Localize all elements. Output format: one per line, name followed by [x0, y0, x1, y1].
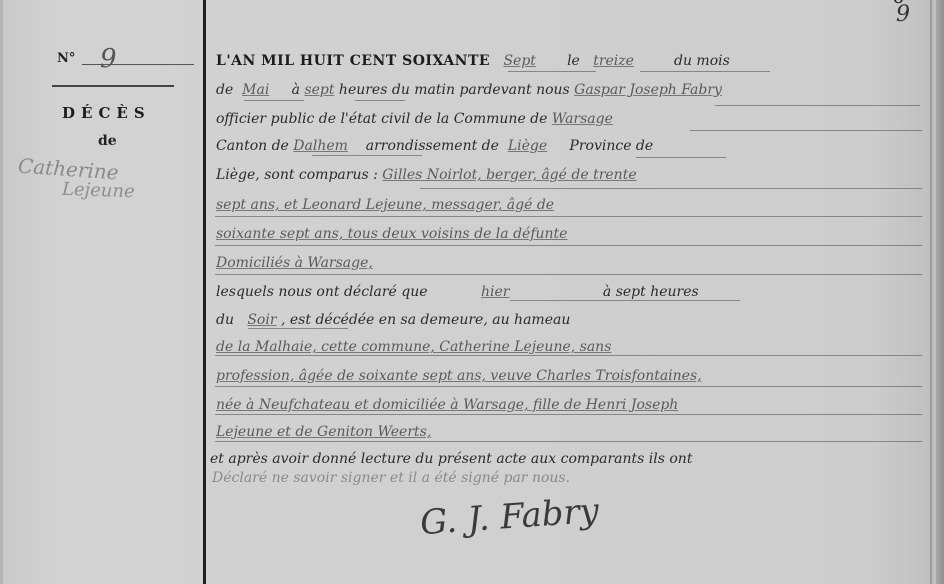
register-page: o 9 N° 9 DÉCÈS de Catherine Lejeune L'AN… [0, 0, 944, 584]
witness-1-fill: Gilles Noirlot, berger, âgé de trente [382, 167, 636, 183]
body-line-13: née à Neufchateau et domiciliée à Warsag… [216, 397, 678, 413]
margin-rule [203, 0, 206, 584]
closing-formula: et après avoir donné lecture du présent … [210, 451, 692, 467]
line-text: à sept heures [603, 284, 699, 300]
line-text: du [216, 312, 234, 328]
ruled-line [215, 274, 922, 275]
line-text: heures du matin pardevant nous [339, 82, 570, 98]
deceased-birthplace-fill: née à Neufchateau et domiciliée à Warsag… [216, 397, 678, 413]
deceased-details-fill: de la Malhaie, cette commune, Catherine … [216, 339, 611, 355]
body-line-1: L'AN MIL HUIT CENT SOIXANTE Sept le trei… [216, 53, 730, 69]
body-line-5: Liège, sont comparus : Gilles Noirlot, b… [216, 167, 637, 183]
body-line-2: de Mai à sept heures du matin pardevant … [216, 82, 722, 98]
death-day-fill: hier [481, 284, 509, 300]
officer-signature: G. J. Fabry [419, 491, 600, 543]
ruled-line [244, 100, 304, 101]
line-text: lesquels nous ont déclaré que [216, 284, 428, 300]
body-line-16: Déclaré ne savoir signer et il a été sig… [212, 470, 570, 486]
record-type-de: de [98, 133, 117, 149]
time-of-day-fill: Soir [247, 312, 276, 328]
entry-number-value: 9 [100, 44, 117, 74]
page-right-edge [936, 0, 944, 584]
ruled-line [510, 300, 740, 301]
body-line-12: profession, âgée de soixante sept ans, v… [216, 368, 702, 384]
printed-year-prefix: L'AN MIL HUIT CENT SOIXANTE [216, 53, 490, 69]
page-left-edge [0, 0, 3, 584]
line-text: Province de [569, 138, 653, 154]
line-text: à [292, 82, 300, 98]
ruled-line [640, 71, 770, 72]
day-fill: treize [593, 53, 634, 69]
ruled-line [312, 155, 422, 156]
month-fill: Mai [242, 82, 269, 98]
year-fill: Sept [503, 53, 535, 69]
ruled-line [715, 105, 920, 106]
line-text: officier public de l'état civil de la Co… [216, 111, 547, 127]
entry-number-underline [82, 64, 194, 65]
body-line-15: et après avoir donné lecture du présent … [210, 451, 692, 467]
ruled-line [215, 216, 922, 217]
entry-number-label: N° [57, 51, 75, 66]
ruled-line [215, 386, 922, 387]
body-line-9: lesquels nous ont déclaré que hier à sep… [216, 284, 699, 300]
witness-domicile-fill: Domiciliés à Warsage, [216, 255, 373, 271]
officer-name-fill: Gaspar Joseph Fabry [574, 82, 722, 98]
ruled-line [355, 100, 405, 101]
margin-separator [52, 85, 174, 87]
ruled-line [248, 328, 348, 329]
record-type-title: DÉCÈS [62, 104, 151, 122]
ruled-line [636, 157, 726, 158]
deceased-profession-fill: profession, âgée de soixante sept ans, v… [216, 368, 702, 384]
body-line-11: de la Malhaie, cette commune, Catherine … [216, 339, 611, 355]
page-binding-line [930, 0, 932, 584]
line-text: Canton de [216, 138, 289, 154]
ruled-line [508, 71, 596, 72]
body-line-10: du Soir , est décédée en sa demeure, au … [216, 312, 570, 328]
ruled-line [215, 355, 922, 356]
ruled-line [690, 130, 922, 131]
commune-fill: Warsage [552, 111, 613, 127]
ruled-line [215, 245, 922, 246]
signature-statement: Déclaré ne savoir signer et il a été sig… [212, 470, 570, 486]
witness-2-fill: sept ans, et Leonard Lejeune, messager, … [216, 197, 554, 213]
line-text: de [216, 82, 233, 98]
ruled-line [215, 441, 922, 442]
ruled-line [420, 188, 922, 189]
arrondissement-fill: Liège [508, 138, 547, 154]
deceased-last-name: Lejeune [62, 179, 135, 203]
page-number: 9 [896, 2, 910, 27]
body-line-3: officier public de l'état civil de la Co… [216, 111, 613, 127]
body-line-14: Lejeune et de Geniton Weerts, [216, 424, 431, 440]
witness-2-age-fill: soixante sept ans, tous deux voisins de … [216, 226, 567, 242]
ruled-line [215, 414, 922, 415]
day-prefix: le [567, 53, 580, 69]
line-text: Liège, sont comparus : [216, 167, 378, 183]
body-line-8: Domiciliés à Warsage, [216, 255, 373, 271]
body-line-4: Canton de Dalhem arrondissement de Liège… [216, 138, 653, 154]
line-text: , est décédée en sa demeure, au hameau [281, 312, 570, 328]
hour-fill: sept [304, 82, 334, 98]
canton-fill: Dalhem [293, 138, 348, 154]
body-line-6: sept ans, et Leonard Lejeune, messager, … [216, 197, 554, 213]
month-prefix: du mois [674, 53, 730, 69]
line-text: arrondissement de [366, 138, 499, 154]
body-line-7: soixante sept ans, tous deux voisins de … [216, 226, 567, 242]
deceased-parents-fill: Lejeune et de Geniton Weerts, [216, 424, 431, 440]
